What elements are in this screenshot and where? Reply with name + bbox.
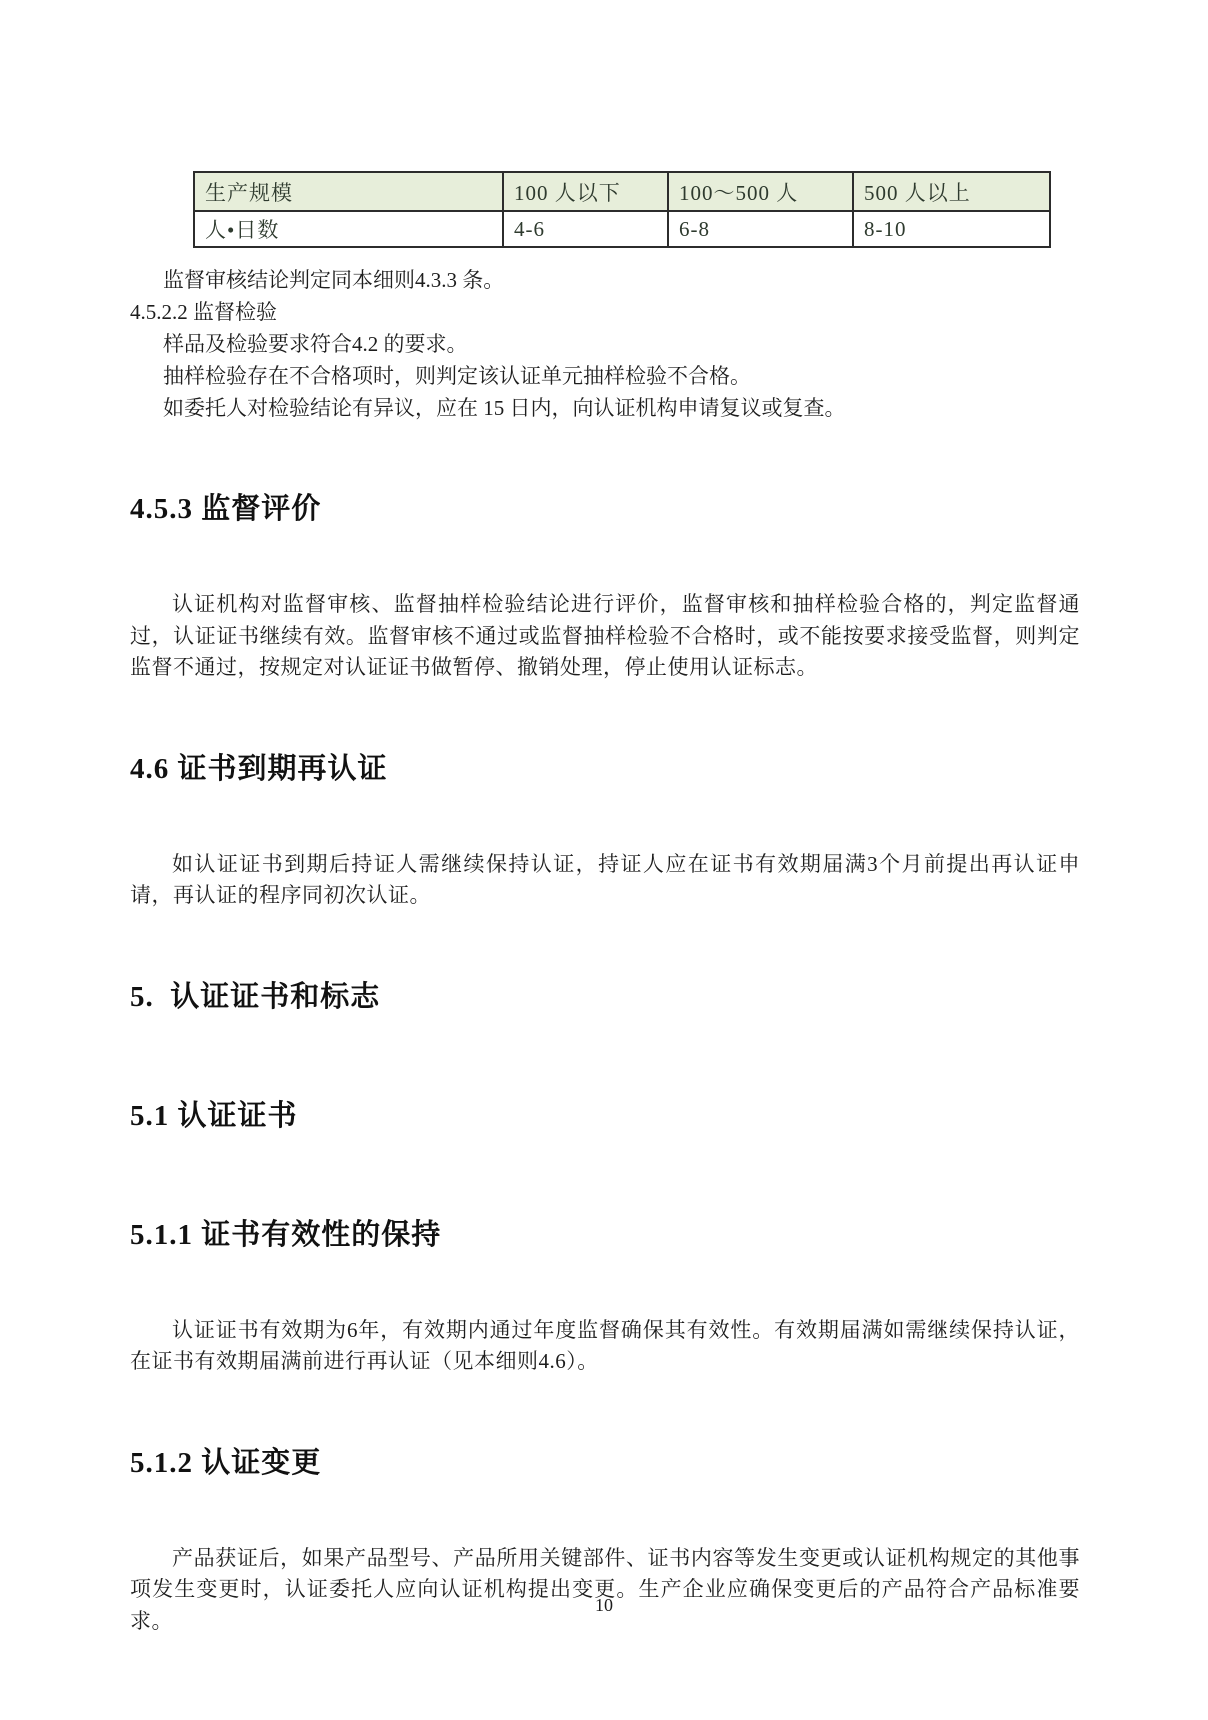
clause-4522-block: 监督审核结论判定同本细则4.3.3 条。 4.5.2.2 监督检验 样品及检验要… (130, 264, 1080, 424)
production-scale-table: 生产规模 100 人以下 100～500 人 500 人以上 人•日数 4-6 … (193, 171, 1051, 248)
paragraph-5-1-2: 产品获证后，如果产品型号、产品所用关键部件、证书内容等发生变更或认证机构规定的其… (130, 1543, 1080, 1638)
heading-5-1-2: 5.1.2 认证变更 (130, 1440, 1080, 1481)
table-cell: 8-10 (853, 211, 1050, 247)
supervision-conclusion-line: 监督审核结论判定同本细则4.3.3 条。 (130, 264, 1080, 296)
heading-5-1-1: 5.1.1 证书有效性的保持 (130, 1212, 1080, 1253)
heading-4-6: 4.6 证书到期再认证 (130, 746, 1080, 787)
document-content: 生产规模 100 人以下 100～500 人 500 人以上 人•日数 4-6 … (130, 171, 1080, 1637)
document-page: 生产规模 100 人以下 100～500 人 500 人以上 人•日数 4-6 … (0, 0, 1208, 1720)
heading-4-5-3: 4.5.3 监督评价 (130, 486, 1080, 527)
sampling-fail-line: 抽样检验存在不合格项时，则判定该认证单元抽样检验不合格。 (130, 360, 1080, 392)
paragraph-5-1-1: 认证证书有效期为6年，有效期内通过年度监督确保其有效性。有效期届满如需继续保持认… (130, 1315, 1080, 1378)
table-header-cell: 生产规模 (194, 172, 503, 211)
objection-line: 如委托人对检验结论有异议，应在 15 日内，向认证机构申请复议或复查。 (130, 392, 1080, 424)
clause-4522-heading: 4.5.2.2 监督检验 (130, 296, 1080, 328)
table-header-cell: 100 人以下 (503, 172, 668, 211)
heading-5-1: 5.1 认证证书 (130, 1093, 1080, 1134)
paragraph-4-6: 如认证证书到期后持证人需继续保持认证，持证人应在证书有效期届满3个月前提出再认证… (130, 849, 1080, 912)
table-row: 人•日数 4-6 6-8 8-10 (194, 211, 1050, 247)
table-cell: 4-6 (503, 211, 668, 247)
table-header-row: 生产规模 100 人以下 100～500 人 500 人以上 (194, 172, 1050, 211)
table-cell: 人•日数 (194, 211, 503, 247)
sample-requirement-line: 样品及检验要求符合4.2 的要求。 (130, 328, 1080, 360)
heading-5: 5. 认证证书和标志 (130, 974, 1080, 1015)
paragraph-4-5-3: 认证机构对监督审核、监督抽样检验结论进行评价，监督审核和抽样检验合格的，判定监督… (130, 589, 1080, 684)
table-header-cell: 500 人以上 (853, 172, 1050, 211)
table-header-cell: 100～500 人 (668, 172, 853, 211)
table-cell: 6-8 (668, 211, 853, 247)
page-number: 10 (0, 1595, 1208, 1616)
